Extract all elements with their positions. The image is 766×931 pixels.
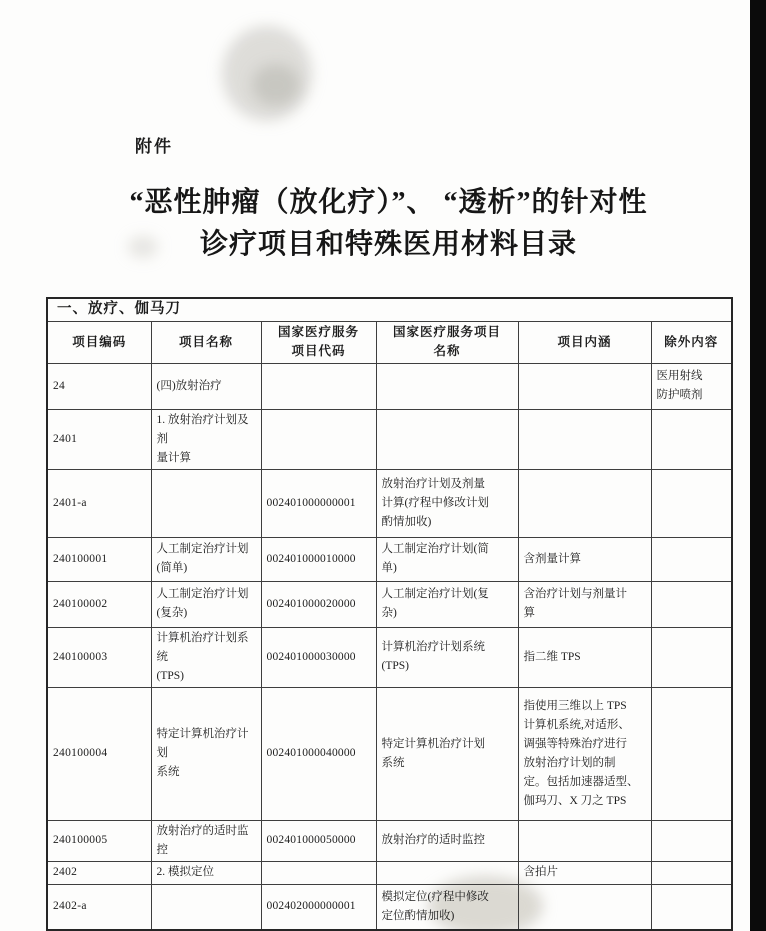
table-cell: 002401000030000	[261, 627, 376, 687]
table-cell: 002401000040000	[261, 687, 376, 820]
table-cell: 含治疗计划与剂量计 算	[518, 581, 651, 627]
table-cell: 2402-a	[47, 884, 151, 930]
document-title: “恶性肿瘤（放化疗）”、 “透析”的针对性 诊疗项目和特殊医用材料目录	[40, 182, 737, 266]
table-cell: 002401000010000	[261, 537, 376, 581]
table-cell	[518, 469, 651, 537]
table-cell: 1. 放射治疗计划及剂 量计算	[151, 409, 261, 469]
table-cell	[261, 861, 376, 884]
table-cell: 指使用三维以上 TPS 计算机系统,对适形、 调强等特殊治疗进行 放射治疗计划的…	[518, 687, 651, 820]
table-cell: 模拟定位(疗程中修改 定位酌情加收)	[376, 884, 518, 930]
table-cell: 240100002	[47, 581, 151, 627]
scan-smudge	[252, 64, 300, 106]
table-cell: 人工制定治疗计划 (简单)	[151, 537, 261, 581]
scan-smudge	[222, 26, 312, 121]
table-cell	[651, 581, 732, 627]
table-cell	[651, 861, 732, 884]
table-cell: 240100001	[47, 537, 151, 581]
table-cell	[376, 409, 518, 469]
table-row: 24022. 模拟定位含拍片	[47, 861, 732, 884]
table-cell: 240100004	[47, 687, 151, 820]
table-cell: 医用射线 防护喷剂	[651, 363, 732, 409]
table-cell	[151, 884, 261, 930]
table-cell	[651, 409, 732, 469]
table-row: 240100005放射治疗的适时监控002401000050000放射治疗的适时…	[47, 820, 732, 861]
table-cell	[651, 537, 732, 581]
table-row: 2402-a002402000000001模拟定位(疗程中修改 定位酌情加收)	[47, 884, 732, 930]
column-header: 项目名称	[151, 321, 261, 363]
table-cell: 人工制定治疗计划(简 单)	[376, 537, 518, 581]
table-cell	[261, 409, 376, 469]
table-cell: 含拍片	[518, 861, 651, 884]
title-line-1: “恶性肿瘤（放化疗）”、 “透析”的针对性	[40, 182, 737, 224]
table-cell: 2. 模拟定位	[151, 861, 261, 884]
column-header: 国家医疗服务 项目代码	[261, 321, 376, 363]
table-row: 24011. 放射治疗计划及剂 量计算	[47, 409, 732, 469]
table-cell	[518, 820, 651, 861]
attachment-label: 附件	[135, 132, 173, 157]
table-cell	[518, 884, 651, 930]
table-row: 240100004特定计算机治疗计划 系统002401000040000特定计算…	[47, 687, 732, 820]
scanner-edge-strip	[750, 0, 766, 931]
table-cell: 002401000050000	[261, 820, 376, 861]
table-cell: 人工制定治疗计划 (复杂)	[151, 581, 261, 627]
table-cell	[151, 469, 261, 537]
table-row: 240100002人工制定治疗计划 (复杂)002401000020000人工制…	[47, 581, 732, 627]
catalog-table: 一、放疗、伽马刀 项目编码项目名称国家医疗服务 项目代码国家医疗服务项目 名称项…	[46, 297, 733, 931]
column-header: 项目内涵	[518, 321, 651, 363]
table-cell: 2401	[47, 409, 151, 469]
table-cell: 2401-a	[47, 469, 151, 537]
table-cell	[651, 884, 732, 930]
table-row: 2401-a002401000000001放射治疗计划及剂量 计算(疗程中修改计…	[47, 469, 732, 537]
table-cell	[651, 469, 732, 537]
table-cell: 人工制定治疗计划(复 杂)	[376, 581, 518, 627]
table-cell: 计算机治疗计划系统 (TPS)	[151, 627, 261, 687]
table-cell: 放射治疗计划及剂量 计算(疗程中修改计划 酌情加收)	[376, 469, 518, 537]
table-cell: 2402	[47, 861, 151, 884]
title-line-2: 诊疗项目和特殊医用材料目录	[40, 224, 737, 266]
table-cell: 240100005	[47, 820, 151, 861]
table-cell	[376, 861, 518, 884]
document-page: 附件 “恶性肿瘤（放化疗）”、 “透析”的针对性 诊疗项目和特殊医用材料目录 一…	[0, 0, 766, 931]
table-cell	[261, 363, 376, 409]
table-section-row: 一、放疗、伽马刀	[47, 298, 732, 321]
table-cell	[651, 820, 732, 861]
table-cell: 放射治疗的适时监控	[376, 820, 518, 861]
table-cell: 240100003	[47, 627, 151, 687]
table-cell: 特定计算机治疗计划 系统	[151, 687, 261, 820]
table-cell: 特定计算机治疗计划 系统	[376, 687, 518, 820]
table-cell	[651, 627, 732, 687]
table-cell: 指二维 TPS	[518, 627, 651, 687]
table-section-title: 一、放疗、伽马刀	[47, 298, 732, 321]
table-cell	[651, 687, 732, 820]
table-cell	[518, 409, 651, 469]
column-header: 项目编码	[47, 321, 151, 363]
table-cell: 含剂量计算	[518, 537, 651, 581]
table-cell: (四)放射治疗	[151, 363, 261, 409]
column-header: 除外内容	[651, 321, 732, 363]
table-row: 24(四)放射治疗医用射线 防护喷剂	[47, 363, 732, 409]
table-cell: 放射治疗的适时监控	[151, 820, 261, 861]
table-row: 240100003计算机治疗计划系统 (TPS)002401000030000计…	[47, 627, 732, 687]
table-cell	[518, 363, 651, 409]
table-cell	[376, 363, 518, 409]
column-header: 国家医疗服务项目 名称	[376, 321, 518, 363]
table-cell: 002402000000001	[261, 884, 376, 930]
table-row: 240100001人工制定治疗计划 (简单)002401000010000人工制…	[47, 537, 732, 581]
column-header-row: 项目编码项目名称国家医疗服务 项目代码国家医疗服务项目 名称项目内涵除外内容	[47, 321, 732, 363]
table-body: 一、放疗、伽马刀 项目编码项目名称国家医疗服务 项目代码国家医疗服务项目 名称项…	[47, 298, 732, 930]
table-cell: 002401000020000	[261, 581, 376, 627]
table-cell: 002401000000001	[261, 469, 376, 537]
table-cell: 24	[47, 363, 151, 409]
table-cell: 计算机治疗计划系统 (TPS)	[376, 627, 518, 687]
